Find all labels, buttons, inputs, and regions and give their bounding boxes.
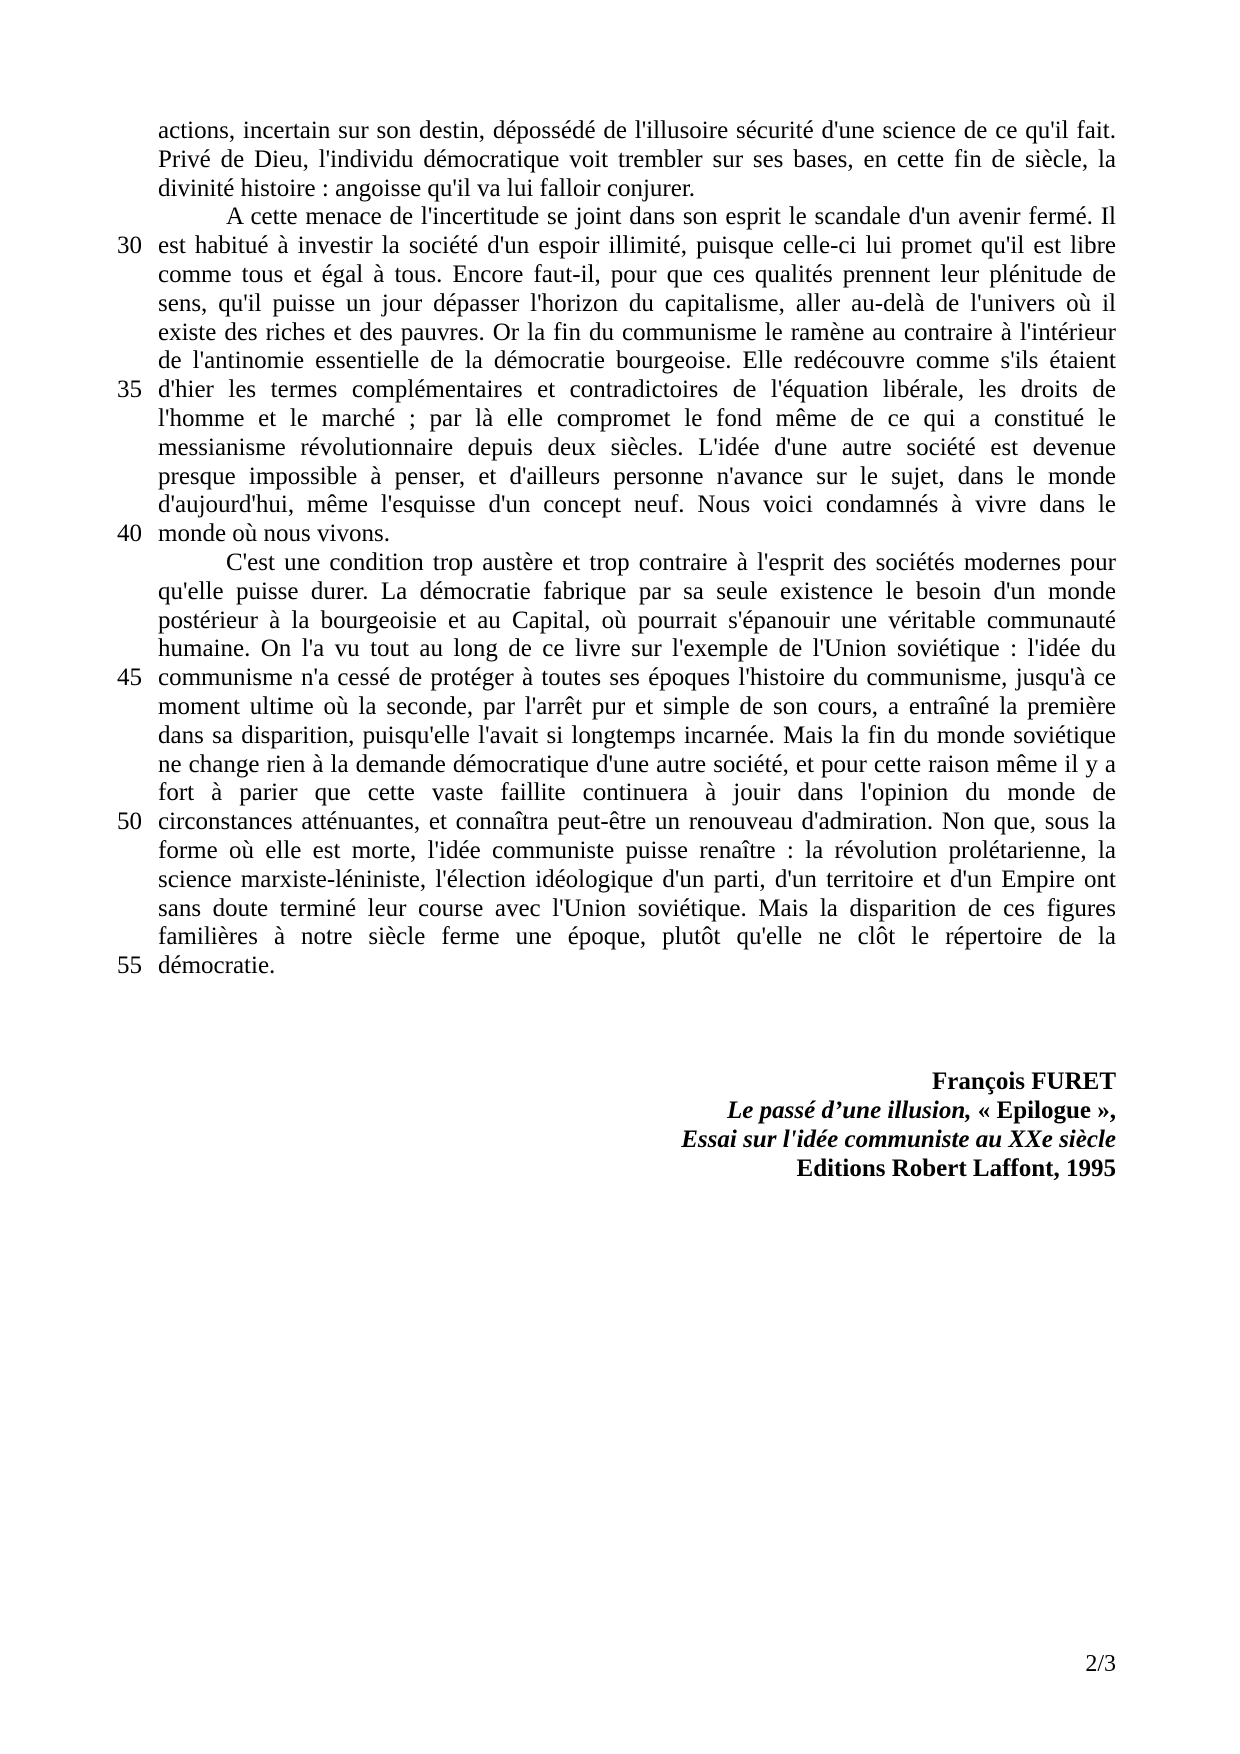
line-number: 45 — [96, 664, 142, 693]
text-line: sens, qu'il puisse un jour dépasser l'ho… — [158, 290, 1116, 319]
text-line: divinité histoire : angoisse qu'il va lu… — [158, 175, 1116, 204]
text-line-content: existe des riches et des pauvres. Or la … — [158, 319, 1116, 346]
text-line-content: d'hier les termes complémentaires et con… — [158, 376, 1116, 403]
text-line: Privé de Dieu, l'individu démocratique v… — [158, 146, 1116, 175]
text-line-content: monde où nous vivons. — [158, 520, 390, 547]
text-line: moment ultime où la seconde, par l'arrêt… — [158, 693, 1116, 722]
text-line: actions, incertain sur son destin, dépos… — [158, 117, 1116, 146]
text-line: 40monde où nous vivons. — [158, 520, 1116, 549]
text-line-content: circonstances atténuantes, et connaîtra … — [158, 808, 1116, 835]
text-line-content: moment ultime où la seconde, par l'arrêt… — [158, 693, 1116, 720]
document-page: actions, incertain sur son destin, dépos… — [0, 0, 1240, 1754]
line-number: 50 — [96, 808, 142, 837]
text-line: 30est habitué à investir la société d'un… — [158, 232, 1116, 261]
line-number: 30 — [96, 232, 142, 261]
text-line-content: fort à parier que cette vaste faillite c… — [158, 779, 1116, 806]
line-number: 55 — [96, 952, 142, 981]
text-line-content: actions, incertain sur son destin, dépos… — [158, 117, 1116, 144]
text-line-content: presque impossible à penser, et d'ailleu… — [158, 463, 1116, 490]
attribution-line: Editions Robert Laffont, 1995 — [681, 1155, 1116, 1184]
text-line-content: l'homme et le marché ; par là elle compr… — [158, 405, 1116, 432]
text-line: d'aujourd'hui, même l'esquisse d'un conc… — [158, 491, 1116, 520]
text-line-content: humaine. On l'a vu tout au long de ce li… — [158, 635, 1116, 662]
text-line: forme où elle est morte, l'idée communis… — [158, 837, 1116, 866]
text-line: 50circonstances atténuantes, et connaîtr… — [158, 808, 1116, 837]
attribution-segment: Essai sur l'idée communiste au XXe siècl… — [681, 1126, 1116, 1153]
body-lines: actions, incertain sur son destin, dépos… — [158, 117, 1116, 981]
text-line: ne change rien à la demande démocratique… — [158, 751, 1116, 780]
attribution-segment: Le passé d’une illusion, — [727, 1097, 971, 1124]
text-line-content: d'aujourd'hui, même l'esquisse d'un conc… — [158, 491, 1116, 518]
line-number: 35 — [96, 376, 142, 405]
text-line: familières à notre siècle ferme une époq… — [158, 923, 1116, 952]
text-line-content: science marxiste-léniniste, l'élection i… — [158, 866, 1116, 893]
text-line: messianisme révolutionnaire depuis deux … — [158, 434, 1116, 463]
text-line-content: sans doute terminé leur course avec l'Un… — [158, 895, 1116, 922]
text-line: 55démocratie. — [158, 952, 1116, 981]
text-line: l'homme et le marché ; par là elle compr… — [158, 405, 1116, 434]
text-line-content: communisme n'a cessé de protéger à toute… — [158, 664, 1116, 691]
text-line: C'est une condition trop austère et trop… — [158, 549, 1116, 578]
text-line: qu'elle puisse durer. La démocratie fabr… — [158, 578, 1116, 607]
text-line: humaine. On l'a vu tout au long de ce li… — [158, 635, 1116, 664]
attribution-segment: « Epilogue », — [972, 1097, 1116, 1124]
text-line-content: ne change rien à la demande démocratique… — [158, 751, 1116, 778]
text-line: postérieur à la bourgeoisie et au Capita… — [158, 607, 1116, 636]
text-line: dans sa disparition, puisqu'elle l'avait… — [158, 722, 1116, 751]
text-line-content: C'est une condition trop austère et trop… — [158, 549, 1116, 576]
attribution-line: Essai sur l'idée communiste au XXe siècl… — [681, 1126, 1116, 1155]
text-line-content: postérieur à la bourgeoisie et au Capita… — [158, 607, 1116, 634]
text-line-content: familières à notre siècle ferme une époq… — [158, 923, 1116, 950]
text-line-content: est habitué à investir la société d'un e… — [158, 232, 1116, 259]
attribution-segment: François FURET — [932, 1068, 1116, 1095]
text-line: de l'antinomie essentielle de la démocra… — [158, 347, 1116, 376]
text-line: presque impossible à penser, et d'ailleu… — [158, 463, 1116, 492]
text-line-content: messianisme révolutionnaire depuis deux … — [158, 434, 1116, 461]
text-line: sans doute terminé leur course avec l'Un… — [158, 895, 1116, 924]
text-line-content: Privé de Dieu, l'individu démocratique v… — [158, 146, 1116, 173]
text-line-content: A cette menace de l'incertitude se joint… — [158, 203, 1116, 230]
text-line-content: comme tous et égal à tous. Encore faut-i… — [158, 261, 1116, 288]
text-line-content: sens, qu'il puisse un jour dépasser l'ho… — [158, 290, 1116, 317]
text-line-content: forme où elle est morte, l'idée communis… — [158, 837, 1116, 864]
line-number: 40 — [96, 520, 142, 549]
text-line: fort à parier que cette vaste faillite c… — [158, 779, 1116, 808]
text-line-content: dans sa disparition, puisqu'elle l'avait… — [158, 722, 1116, 749]
text-line: 35d'hier les termes complémentaires et c… — [158, 376, 1116, 405]
text-line: science marxiste-léniniste, l'élection i… — [158, 866, 1116, 895]
page-number: 2/3 — [1085, 1650, 1116, 1678]
text-line: 45communisme n'a cessé de protéger à tou… — [158, 664, 1116, 693]
text-line: existe des riches et des pauvres. Or la … — [158, 319, 1116, 348]
attribution-line: François FURET — [681, 1068, 1116, 1097]
attribution-line: Le passé d’une illusion, « Epilogue », — [681, 1097, 1116, 1126]
text-line-content: qu'elle puisse durer. La démocratie fabr… — [158, 578, 1116, 605]
text-line-content: divinité histoire : angoisse qu'il va lu… — [158, 175, 695, 202]
text-line: A cette menace de l'incertitude se joint… — [158, 203, 1116, 232]
text-line-content: de l'antinomie essentielle de la démocra… — [158, 347, 1116, 374]
attribution-segment: Editions Robert Laffont, 1995 — [797, 1155, 1116, 1182]
text-line: comme tous et égal à tous. Encore faut-i… — [158, 261, 1116, 290]
text-line-content: démocratie. — [158, 952, 275, 979]
attribution: François FURETLe passé d’une illusion, «… — [681, 1068, 1116, 1184]
